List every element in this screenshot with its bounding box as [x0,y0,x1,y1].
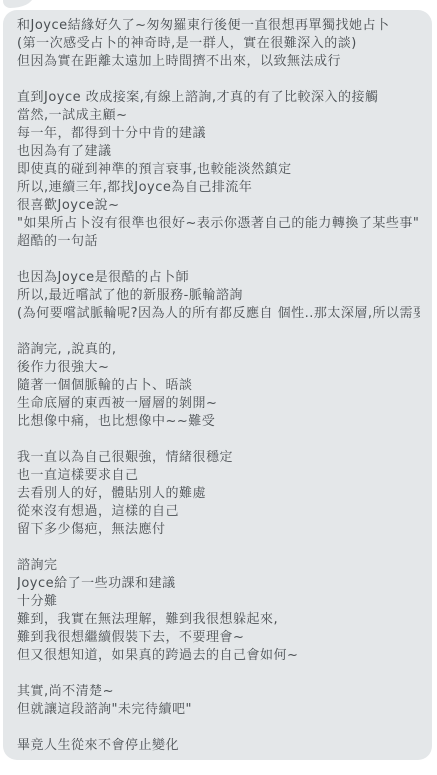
text-line: 但因為實在距離太遠加上時間擠不出來，以致無法成行 [17,53,420,71]
text-line: 所以,連續三年,都找Joyce為自己排流年 [17,179,420,197]
text-line: 每一年，都得到十分中肯的建議 [17,125,420,143]
text-line: 當然,一試成主顧~ [17,107,420,125]
text-line: 很喜歡Joyce說~ [17,197,420,215]
text-line: "如果所占卜沒有很準也很好~表示你憑著自己的能力轉換了某些事" [17,215,420,233]
blank-line [17,665,420,683]
text-line: 所以,最近嚐試了他的新服務-脈輪諮詢 [17,287,420,305]
text-line: 和Joyce結緣好久了~匆匆羅東行後便一直很想再單獨找她占卜 [17,17,420,35]
chat-bubble: 和Joyce結緣好久了~匆匆羅東行後便一直很想再單獨找她占卜(第一次感受占卜的神… [3,10,432,760]
text-line: 其實,尚不清楚~ [17,683,420,701]
text-line: 生命底層的東西被一層層的剝開~ [17,395,420,413]
text-line: (為何要嚐試脈輪呢?因為人的所有都反應自 個性..那太深層,所以需要一些協助) [17,305,420,323]
text-line: 難到，我實在無法理解，難到我很想躲起來, [17,611,420,629]
text-line: 也因為有了建議 [17,143,420,161]
text-line: 難到我很想繼續假裝下去，不要理會~ [17,629,420,647]
previous-bubble-fragment [3,0,33,8]
text-line: 也一直這樣要求自己 [17,467,420,485]
text-line: 畢竟人生從來不會停止變化 [17,737,420,755]
text-line: 直到Joyce 改成接案,有線上諮詢,才真的有了比較深入的接觸 [17,89,420,107]
bubble-text-block: 和Joyce結緣好久了~匆匆羅東行後便一直很想再單獨找她占卜(第一次感受占卜的神… [17,17,420,755]
blank-line [17,251,420,269]
text-line: 從來沒有想過，這樣的自己 [17,503,420,521]
text-line: 去看別人的好，體貼別人的難處 [17,485,420,503]
blank-line [17,323,420,341]
text-line: 也因為Joyce是很酷的占卜師 [17,269,420,287]
text-line: 諮詢完, ,說真的, [17,341,420,359]
text-line: (第一次感受占卜的神奇時,是一群人，實在很難深入的談) [17,35,420,53]
text-line: 諮詢完 [17,557,420,575]
text-line: 留下多少傷疤，無法應付 [17,521,420,539]
page-background: 和Joyce結緣好久了~匆匆羅東行後便一直很想再單獨找她占卜(第一次感受占卜的神… [0,0,437,775]
blank-line [17,71,420,89]
text-line: 後作力很強大~ [17,359,420,377]
text-line: 但又很想知道，如果真的跨過去的自己會如何~ [17,647,420,665]
text-line: 即使真的碰到神準的預言衰事,也較能淡然鎮定 [17,161,420,179]
blank-line [17,719,420,737]
text-line: 超酷的一句話 [17,233,420,251]
text-line: 十分難 [17,593,420,611]
blank-line [17,539,420,557]
text-line: Joyce給了一些功課和建議 [17,575,420,593]
text-line: 但就讓這段諮詢"未完待續吧" [17,701,420,719]
blank-line [17,431,420,449]
text-line: 我一直以為自己很艱強，情緒很穩定 [17,449,420,467]
text-line: 隨著一個個脈輪的占卜、晤談 [17,377,420,395]
text-line: 比想像中痛，也比想像中~~難受 [17,413,420,431]
